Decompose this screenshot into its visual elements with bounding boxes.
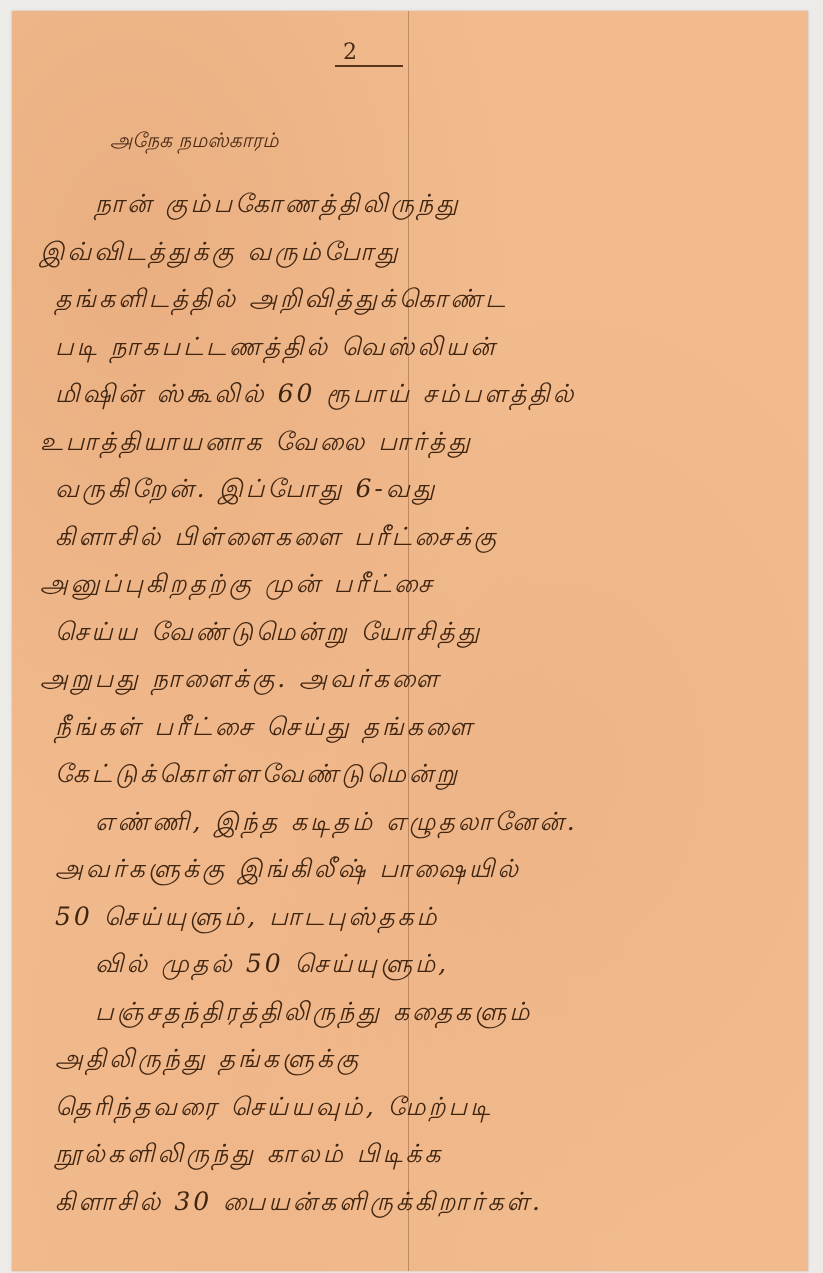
letter-line: 50 செய்யுளும், பாடபுஸ்தகம் [40, 893, 800, 941]
letter-line: கேட்டுக்கொள்ளவேண்டுமென்று [40, 750, 800, 798]
letter-line: மிஷின் ஸ்கூலில் 60 ரூபாய் சம்பளத்தில் [40, 370, 800, 418]
letter-line: தெரிந்தவரை செய்யவும், மேற்படி [40, 1083, 800, 1131]
letter-line: கிளாசில் பிள்ளைகளை பரீட்சைக்கு [40, 513, 800, 561]
letter-line: அவர்களுக்கு இங்கிலீஷ் பாஷையில் [40, 845, 800, 893]
letter-body: நான் கும்பகோணத்திலிருந்து இவ்விடத்துக்கு… [40, 180, 800, 1225]
letter-line: நூல்களிலிருந்து காலம் பிடிக்க [40, 1130, 800, 1178]
letter-line: அதிலிருந்து தங்களுக்கு [40, 1035, 800, 1083]
letter-line: படி நாகபட்டணத்தில் வெஸ்லியன் [40, 323, 800, 371]
letter-line: செய்ய வேண்டுமென்று யோசித்து [40, 608, 800, 656]
letter-line: நீங்கள் பரீட்சை செய்து தங்களை [40, 703, 800, 751]
letter-line: கிளாசில் 30 பையன்களிருக்கிறார்கள். [40, 1178, 800, 1226]
salutation: அநேக நமஸ்காரம் [110, 128, 279, 155]
letter-line: எண்ணி, இந்த கடிதம் எழுதலானேன். [40, 798, 800, 846]
letter-line: அறுபது நாளைக்கு. அவர்களை [40, 655, 800, 703]
letter-line: வருகிறேன். இப்போது 6-வது [40, 465, 800, 513]
letter-line: உபாத்தியாயனாக வேலை பார்த்து [40, 418, 800, 466]
letter-line: அனுப்புகிறதற்கு முன் பரீட்சை [40, 560, 800, 608]
letter-line: நான் கும்பகோணத்திலிருந்து [40, 180, 800, 228]
letter-line: தங்களிடத்தில் அறிவித்துக்கொண்ட [40, 275, 800, 323]
letter-line: பஞ்சதந்திரத்திலிருந்து கதைகளும் [40, 988, 800, 1036]
page-number: 2 [335, 40, 403, 67]
letter-line: வில் முதல் 50 செய்யுளும், [40, 940, 800, 988]
letter-line: இவ்விடத்துக்கு வரும்போது [40, 228, 800, 276]
